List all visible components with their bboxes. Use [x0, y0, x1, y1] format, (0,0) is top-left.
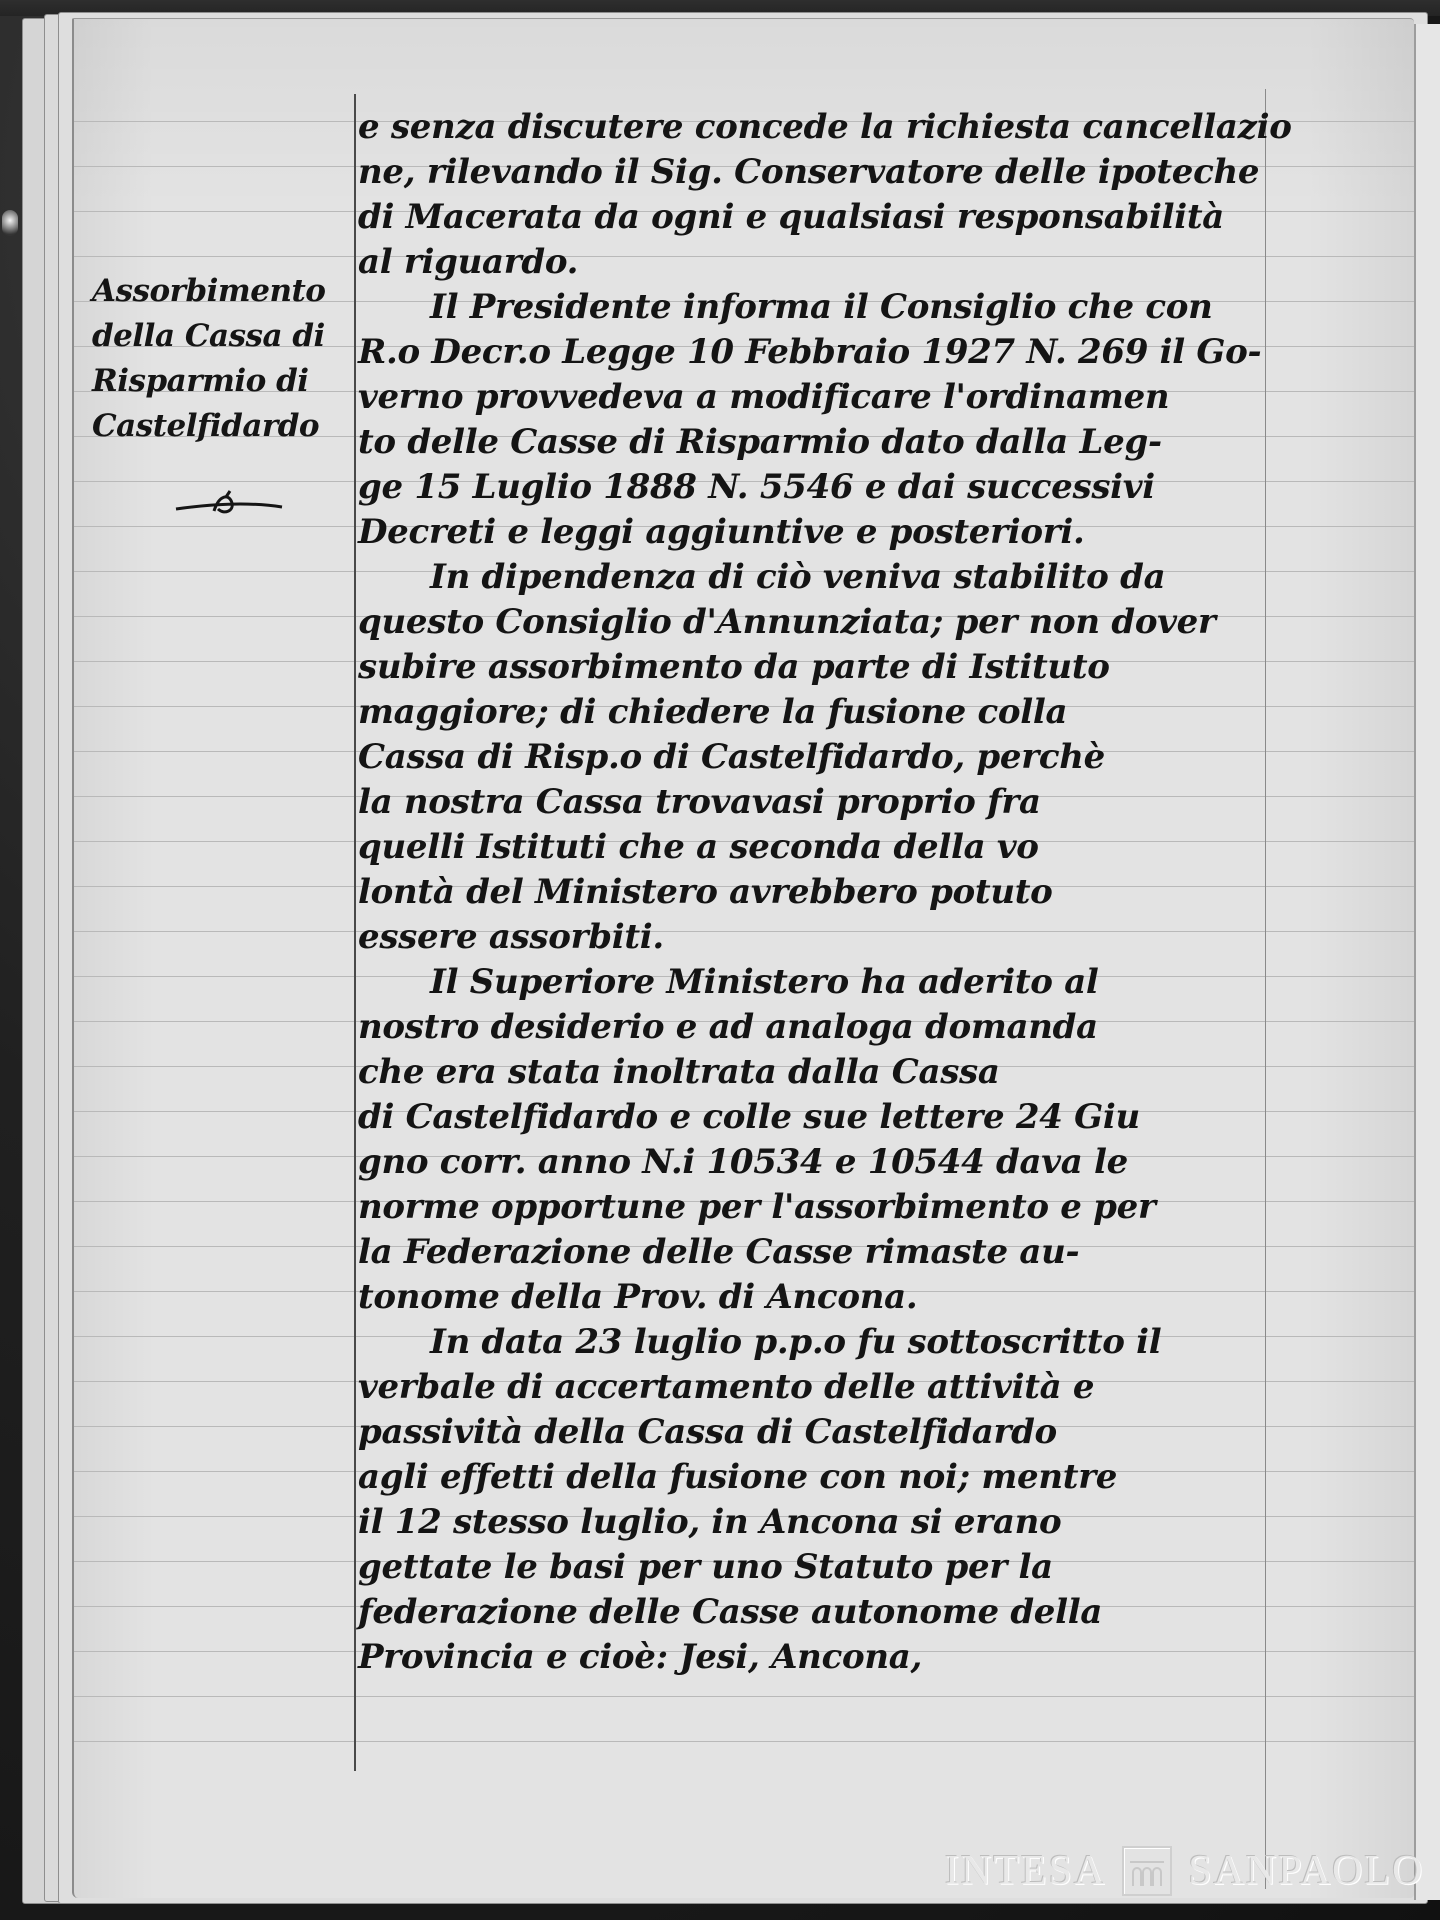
text-line: Il Presidente informa il Consiglio che c…	[358, 285, 1368, 330]
bleed-through-text	[1279, 839, 1409, 1109]
bank-arches-logo-icon	[1122, 1846, 1172, 1896]
text-line: gno corr. anno N.i 10534 e 10544 dava le	[358, 1140, 1368, 1185]
text-line: nostro desiderio e ad analoga domanda	[358, 1005, 1368, 1050]
text-line: Cassa di Risp.o di Castelfidardo, perchè	[358, 735, 1368, 780]
margin-note-line: Castelfidardo	[92, 404, 354, 449]
watermark: INTESA SANPAOLO	[945, 1845, 1425, 1897]
margin-note-line: Risparmio di	[92, 359, 354, 404]
text-line: In data 23 luglio p.p.o fu sottoscritto …	[358, 1320, 1368, 1365]
binding-ring-icon	[2, 210, 18, 236]
text-line: questo Consiglio d'Annunziata; per non d…	[358, 600, 1368, 645]
text-line: Decreti e leggi aggiuntive e posteriori.	[358, 510, 1368, 555]
adjacent-leaf-edge	[1414, 24, 1440, 1900]
text-line: Il Superiore Ministero ha aderito al	[358, 960, 1368, 1005]
text-line: verno provvedeva a modificare l'ordiname…	[358, 375, 1368, 420]
text-line: la Federazione delle Casse rimaste au-	[358, 1230, 1368, 1275]
text-line: il 12 stesso luglio, in Ancona si erano	[358, 1500, 1368, 1545]
text-line: la nostra Cassa trovavasi proprio fra	[358, 780, 1368, 825]
text-line: tonome della Prov. di Ancona.	[358, 1275, 1368, 1320]
text-line: In dipendenza di ciò veniva stabilito da	[358, 555, 1368, 600]
flourish-icon	[174, 489, 284, 519]
ledger-page: Assorbimento della Cassa di Risparmio di…	[72, 18, 1414, 1898]
text-line: che era stata inoltrata dalla Cassa	[358, 1050, 1368, 1095]
text-line: R.o Decr.o Legge 10 Febbraio 1927 N. 269…	[358, 330, 1368, 375]
text-line: di Castelfidardo e colle sue lettere 24 …	[358, 1095, 1368, 1140]
text-line: subire assorbimento da parte di Istituto	[358, 645, 1368, 690]
text-line: gettate le basi per uno Statuto per la	[358, 1545, 1368, 1590]
text-line: di Macerata da ogni e qualsiasi responsa…	[358, 195, 1368, 240]
text-line: to delle Casse di Risparmio dato dalla L…	[358, 420, 1368, 465]
margin-note-line: della Cassa di	[92, 314, 354, 359]
text-line: quelli Istituti che a seconda della vo	[358, 825, 1368, 870]
watermark-left-text: INTESA	[945, 1847, 1106, 1895]
minutes-body: e senza discutere concede la richiesta c…	[358, 105, 1368, 1680]
text-line: verbale di accertamento delle attività e	[358, 1365, 1368, 1410]
text-line: norme opportune per l'assorbimento e per	[358, 1185, 1368, 1230]
watermark-right-text: SANPAOLO	[1188, 1847, 1424, 1895]
text-line: passività della Cassa di Castelfidardo	[358, 1410, 1368, 1455]
margin-note-line: Assorbimento	[92, 269, 354, 314]
text-line: lontà del Ministero avrebbero potuto	[358, 870, 1368, 915]
text-line: federazione delle Casse autonome della	[358, 1590, 1368, 1635]
text-line: ge 15 Luglio 1888 N. 5546 e dai successi…	[358, 465, 1368, 510]
text-line: ne, rilevando il Sig. Conservatore delle…	[358, 150, 1368, 195]
text-line: Provincia e cioè: Jesi, Ancona,	[358, 1635, 1368, 1680]
margin-note: Assorbimento della Cassa di Risparmio di…	[92, 269, 354, 449]
text-line: essere assorbiti.	[358, 915, 1368, 960]
text-line: maggiore; di chiedere la fusione colla	[358, 690, 1368, 735]
left-margin-rule	[354, 94, 356, 1771]
text-line: al riguardo.	[358, 240, 1368, 285]
text-line: e senza discutere concede la richiesta c…	[358, 105, 1368, 150]
text-line: agli effetti della fusione con noi; ment…	[358, 1455, 1368, 1500]
